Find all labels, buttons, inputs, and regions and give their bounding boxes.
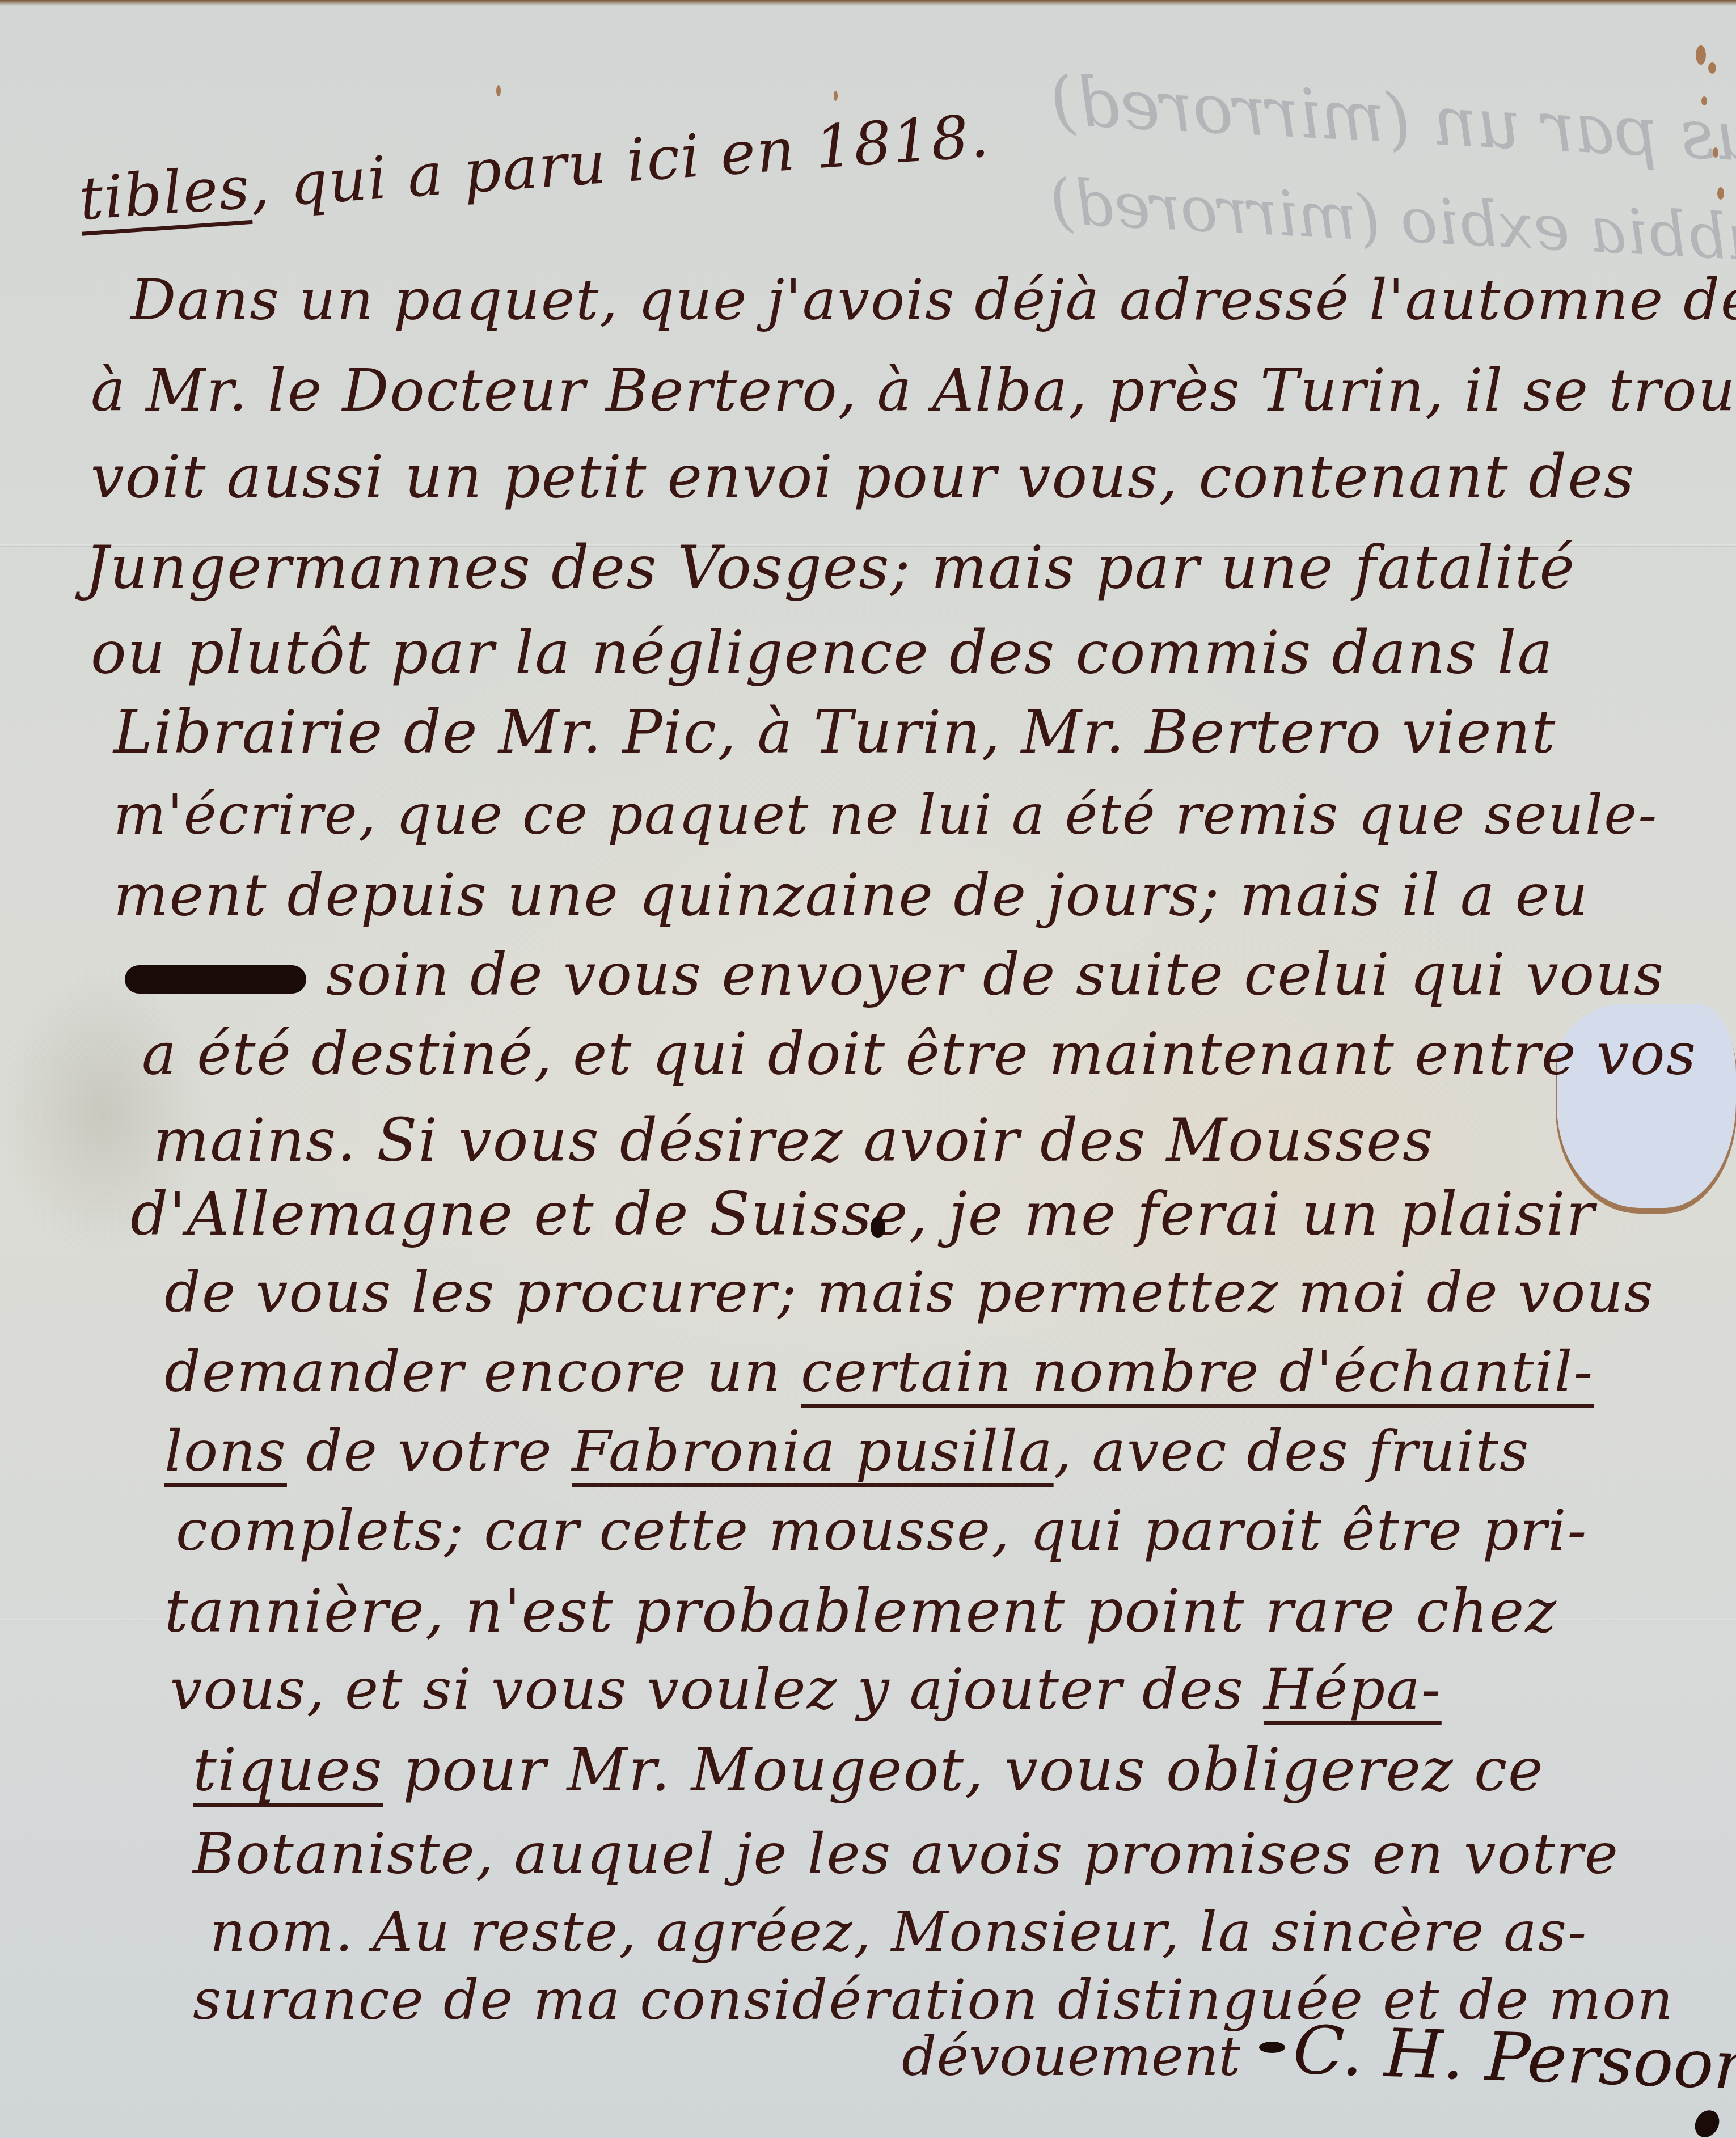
letter-line: à Mr. le Docteur Bertero, à Alba, près T… [91, 357, 1736, 425]
underlined-word: Hépa- [1264, 1656, 1442, 1722]
letter-line: mieux soin de vous envoyer de suite celu… [125, 941, 1665, 1009]
foxing-spot [496, 85, 501, 96]
ink-blot [871, 1216, 885, 1238]
letter-line: a été destiné, et qui doit être maintena… [142, 1021, 1697, 1088]
letter-line: tibles, qui a paru ici en 1818. [77, 101, 992, 234]
letter-line: ment depuis une quinzaine de jours; mais… [113, 862, 1589, 929]
closing-word: dévouement [902, 2025, 1240, 2088]
foxing-spot [1713, 147, 1718, 158]
letter-line: complets; car cette mousse, qui paroit ê… [176, 1497, 1587, 1564]
underlined-word: tibles [77, 153, 253, 234]
letter-line: d'Allemagne et de Suisse, je me ferai un… [130, 1180, 1595, 1249]
foxing-spot [1701, 96, 1707, 105]
letter-line: Librairie de Mr. Pic, à Turin, Mr. Berte… [113, 698, 1556, 767]
underlined-word: tiques [193, 1735, 383, 1805]
letter-page: P.S. Je pourrais vous par un (mirrored) … [0, 0, 1736, 2138]
letter-line: lons de votre Fabronia pusilla, avec des… [164, 1418, 1530, 1484]
ink-blot [1259, 2042, 1285, 2053]
letter-line: mains. Si vous désirez avoir des Mousses [153, 1106, 1434, 1175]
page-top-edge [0, 0, 1736, 6]
letter-line: m'écrire, que ce paquet ne lui a été rem… [113, 783, 1658, 847]
letter-line: tiques pour Mr. Mougeot, vous obligerez … [193, 1735, 1544, 1805]
underlined-species-name: Fabronia pusilla [572, 1418, 1053, 1484]
letter-line: de vous les procurer; mais permettez moi… [164, 1259, 1654, 1325]
letter-line: Botaniste, auquel je les avois promises … [193, 1820, 1619, 1887]
foxing-spot [834, 91, 838, 101]
ink-blot [1690, 2106, 1724, 2138]
underlined-word: lons [164, 1418, 287, 1484]
letter-line: nom. Au reste, agréez, Monsieur, la sinc… [210, 1900, 1587, 1964]
letter-line: tannière, n'est probablement point rare … [164, 1577, 1557, 1646]
letter-line: Jungermannes des Vosges; mais par une fa… [85, 533, 1576, 602]
signature: C. H. Persoon. [1292, 2010, 1736, 2106]
letter-line: vous, et si vous voulez y ajouter des Hé… [170, 1656, 1442, 1722]
foxing-spot [1708, 62, 1716, 74]
letter-line: Dans un paquet, que j'avois déjà adressé… [130, 267, 1736, 333]
letter-line: voit aussi un petit envoi pour vous, con… [91, 442, 1635, 512]
underlined-phrase: certain nombre d'échantil- [801, 1338, 1594, 1405]
foxing-spot [1696, 45, 1706, 65]
struck-out-word: mieux [125, 965, 306, 994]
letter-line: ou plutôt par la négligence des commis d… [91, 618, 1554, 687]
bleed-through-text: le Rubbia exbio (mirrored) [1048, 165, 1736, 282]
foxing-spot [1717, 187, 1724, 200]
letter-line: demander encore un certain nombre d'écha… [164, 1338, 1594, 1405]
